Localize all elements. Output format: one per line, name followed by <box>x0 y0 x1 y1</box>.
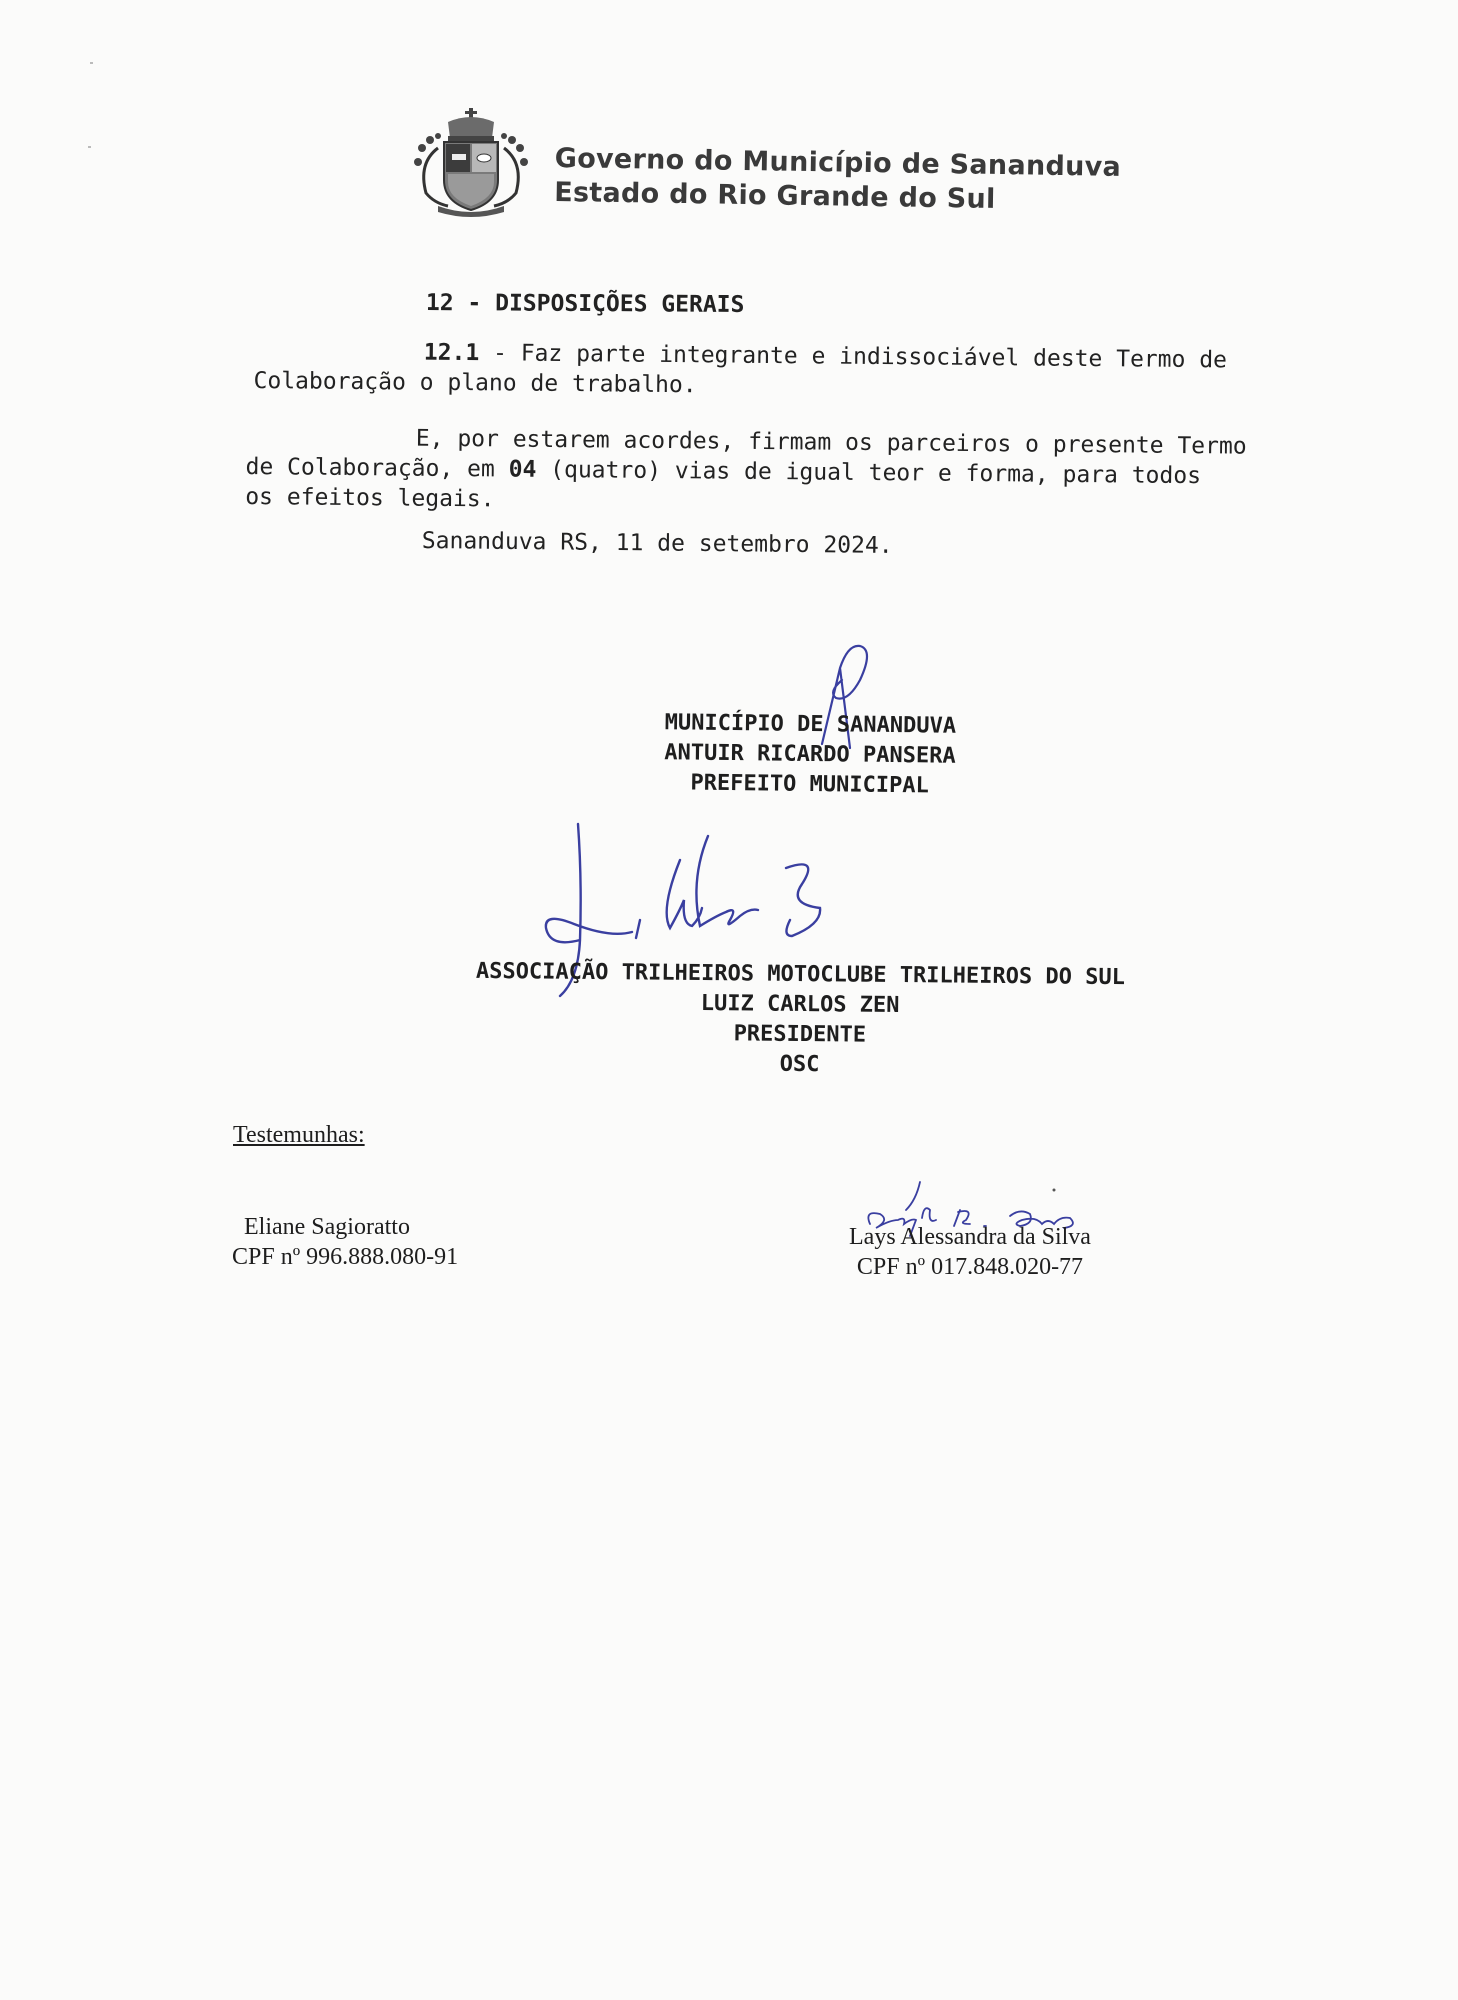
signatory-role: PREFEITO MUNICIPAL <box>559 767 1059 803</box>
closing-paragraph: E, por estarem acordes, firmam os parcei… <box>245 422 1247 522</box>
signature-block-osc: ASSOCIAÇÃO TRILHEIROS MOTOCLUBE TRILHEIR… <box>399 956 1200 1084</box>
witness-name: Lays Alessandra da Silva <box>820 1222 1120 1252</box>
clause-number: 12.1 <box>424 340 480 367</box>
letterhead-title: Governo do Município de Sananduva Estado… <box>554 142 1121 219</box>
scan-speck <box>90 62 93 64</box>
witness-cpf: CPF nº 017.848.020-77 <box>820 1252 1120 1282</box>
signatory-type: OSC <box>399 1046 1199 1084</box>
document-date: Sananduva RS, 11 de setembro 2024. <box>422 528 893 559</box>
municipal-coat-of-arms-icon <box>408 108 534 218</box>
witness-2: Lays Alessandra da Silva CPF nº 017.848.… <box>820 1222 1120 1282</box>
witnesses-title: Testemunhas: <box>233 1122 365 1149</box>
scan-speck <box>88 146 91 148</box>
witness-cpf: CPF nº 996.888.080-91 <box>232 1242 458 1272</box>
document-page: Governo do Município de Sananduva Estado… <box>0 0 1458 2000</box>
clause-12-1: 12.1 - Faz parte integrante e indissociá… <box>253 336 1227 405</box>
witness-name: Eliane Sagioratto <box>232 1212 458 1242</box>
signature-block-municipality: MUNICÍPIO DE SANANDUVA ANTUIR RICARDO PA… <box>559 707 1060 803</box>
witness-1: Eliane Sagioratto CPF nº 996.888.080-91 <box>232 1212 458 1272</box>
section-title: 12 - DISPOSIÇÕES GERAIS <box>426 290 745 318</box>
